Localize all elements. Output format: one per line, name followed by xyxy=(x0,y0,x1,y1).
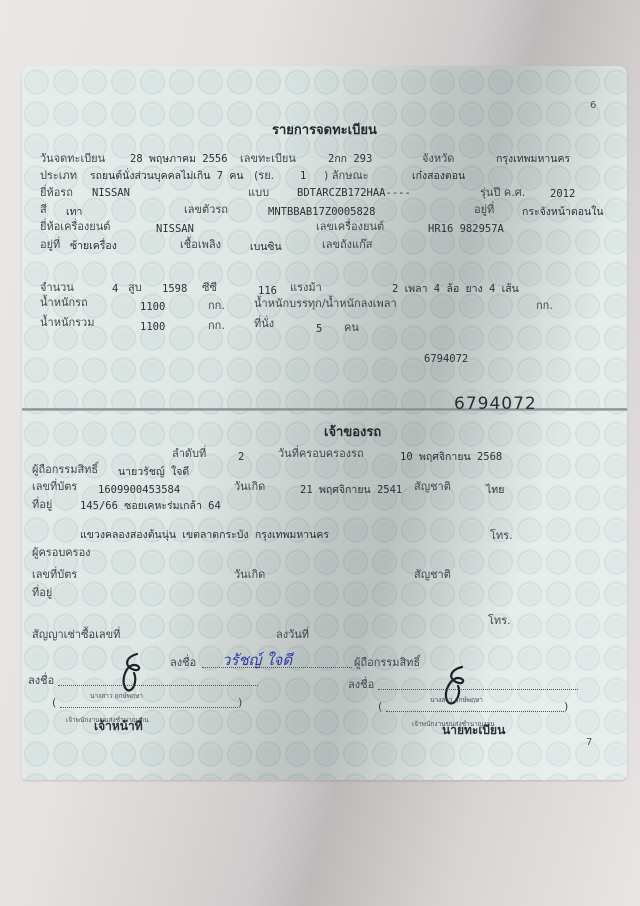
officer-paren-open: ( xyxy=(52,696,56,709)
weight-value: 1100 xyxy=(140,301,165,314)
gross-weight-value: 1100 xyxy=(140,321,165,334)
engine-number-value: HR16 982957A xyxy=(428,223,504,236)
cylinders-value: 4 xyxy=(112,283,118,296)
seats-value: 5 xyxy=(316,323,322,336)
engine-number-label: เลขเครื่องยนต์ xyxy=(316,220,384,233)
color-value: เทา xyxy=(66,206,82,219)
load-weight-label: น้ำหนักบรรทุก/น้ำหนักลงเพลา xyxy=(254,297,397,310)
model-year-label: รุ่นปี ค.ศ. xyxy=(480,186,525,199)
fuel-label: เชื้อเพลิง xyxy=(180,238,221,251)
weight-unit: กก. xyxy=(208,299,225,312)
holder-value: นายวรัชญ์ ใจดี xyxy=(118,466,189,479)
plate-value: 2กก 293 xyxy=(328,153,372,166)
chassis-location-label: อยู่ที่ xyxy=(474,203,494,216)
model-label: แบบ xyxy=(248,186,269,199)
cc-value: 1598 xyxy=(162,283,187,296)
model-value: BDTARCZB172HAA---- xyxy=(297,187,411,200)
possessor-dob-label: วันเกิด xyxy=(234,568,265,581)
engine-brand-label: ยี่ห้อเครื่องยนต์ xyxy=(40,220,110,233)
owner-role-label: ผู้ถือกรรมสิทธิ์ xyxy=(354,656,420,669)
chassis-value: MNTBBAB17Z0005828 xyxy=(268,206,375,219)
ry-label: (รย. xyxy=(254,169,274,182)
gas-tank-label: เลขถังแก๊ส xyxy=(322,238,373,251)
engine-location-label: อยู่ที่ xyxy=(40,238,60,251)
page-number-top: 6 xyxy=(590,99,596,112)
possession-date-label: วันที่ครอบครองรถ xyxy=(278,447,364,460)
fuel-value: เบนซิน xyxy=(250,241,282,254)
officer-name-line xyxy=(60,706,238,708)
chassis-label: เลขตัวรถ xyxy=(184,203,228,216)
officer-role-label: เจ้าหน้าที่ xyxy=(94,720,143,733)
possessor-nationality-label: สัญชาติ xyxy=(414,568,451,581)
possessor-title: ผู้ครอบครอง xyxy=(32,546,91,559)
type-label: ประเภท xyxy=(40,169,77,182)
possessor-phone-label: โทร. xyxy=(488,614,511,627)
registrar-paren-close: ) xyxy=(564,700,568,713)
registrar-sign-line xyxy=(378,688,578,690)
officer-paren-close: ) xyxy=(238,696,242,709)
lease-date-label: ลงวันที่ xyxy=(276,628,309,641)
province-label: จังหวัด xyxy=(422,152,454,165)
owner-signature: วรัชญ์ ใจดี xyxy=(222,648,292,672)
owner-sign-label: ลงชื่อ xyxy=(170,656,196,669)
plate-label: เลขทะเบียน xyxy=(240,152,296,165)
vehicle-registration-page: 6 รายการจดทะเบียน วันจดทะเบียน 28 พฤษภาค… xyxy=(22,66,627,780)
order-label: ลำดับที่ xyxy=(172,447,206,460)
cylinders-label: จำนวน xyxy=(40,281,74,294)
dob-value: 21 พฤศจิกายน 2541 xyxy=(300,484,402,497)
officer-sign-label: ลงชื่อ xyxy=(28,674,54,687)
cc-unit: ซีซี xyxy=(202,281,217,294)
type-value: รถยนต์นั่งส่วนบุคคลไม่เกิน 7 คน xyxy=(90,170,244,183)
style-value: เก๋งสองตอน xyxy=(412,170,465,183)
load-weight-unit: กก. xyxy=(536,299,553,312)
address-line-1: 145/66 ซอยเคหะร่มเกล้า 64 xyxy=(80,500,221,513)
officer-sign-line xyxy=(58,684,258,686)
possessor-id-label: เลขที่บัตร xyxy=(32,568,77,581)
engine-brand-value: NISSAN xyxy=(156,223,194,236)
page-number-bottom: 7 xyxy=(586,736,592,749)
registrar-printed-name: นางสาว ฤกษ์พฤษา xyxy=(430,694,483,707)
seats-unit: คน xyxy=(344,321,359,334)
possessor-address-label: ที่อยู่ xyxy=(32,586,52,599)
brand-label: ยี่ห้อรถ xyxy=(40,186,73,199)
owner-phone-label: โทร. xyxy=(490,529,513,542)
gross-weight-unit: กก. xyxy=(208,319,225,332)
horsepower-unit: แรงม้า xyxy=(290,281,322,294)
cylinders-unit: สูบ xyxy=(128,281,142,294)
address-line-2: แขวงคลองสองต้นนุ่น เขตลาดกระบัง กรุงเทพม… xyxy=(80,529,329,542)
engine-location-value: ซ้ายเครื่อง xyxy=(70,240,117,253)
address-label: ที่อยู่ xyxy=(32,498,52,511)
registrar-name-line xyxy=(386,710,564,712)
seats-label: ที่นั่ง xyxy=(254,317,274,330)
weight-label: น้ำหนักรถ xyxy=(40,296,88,309)
serial-number-small: 6794072 xyxy=(424,353,468,366)
nationality-label: สัญชาติ xyxy=(414,480,451,493)
dob-label: วันเกิด xyxy=(234,480,265,493)
registrar-role-label: นายทะเบียน xyxy=(442,724,505,737)
color-label: สี xyxy=(40,203,47,216)
order-value: 2 xyxy=(238,451,244,464)
serial-number-large: 6794072 xyxy=(454,398,537,411)
registration-title: รายการจดทะเบียน xyxy=(272,124,377,137)
chassis-location-value: กระจังหน้าตอนใน xyxy=(522,206,604,219)
reg-date-value: 28 พฤษภาคม 2556 xyxy=(130,153,228,166)
registrar-paren-open: ( xyxy=(378,700,382,713)
ry-value: 1 xyxy=(300,170,306,183)
holder-label: ผู้ถือกรรมสิทธิ์ xyxy=(32,463,98,476)
style-label: ) ลักษณะ xyxy=(324,169,369,182)
reg-date-label: วันจดทะเบียน xyxy=(40,152,105,165)
brand-value: NISSAN xyxy=(92,187,130,200)
id-card-label: เลขที่บัตร xyxy=(32,480,77,493)
registrar-sign-label: ลงชื่อ xyxy=(348,678,374,691)
axle-tire-value: 2 เพลา 4 ล้อ ยาง 4 เส้น xyxy=(392,283,519,296)
nationality-value: ไทย xyxy=(486,484,504,497)
lease-contract-label: สัญญาเช่าซื้อเลขที่ xyxy=(32,628,120,641)
possession-date-value: 10 พฤศจิกายน 2568 xyxy=(400,451,502,464)
province-value: กรุงเทพมหานคร xyxy=(496,153,570,166)
owner-title: เจ้าของรถ xyxy=(324,426,381,439)
id-card-value: 1609900453584 xyxy=(98,484,180,497)
officer-printed-name: นางสาว ฤกษ์พฤษา xyxy=(90,690,143,703)
model-year-value: 2012 xyxy=(550,188,575,201)
gross-weight-label: น้ำหนักรวม xyxy=(40,316,94,329)
